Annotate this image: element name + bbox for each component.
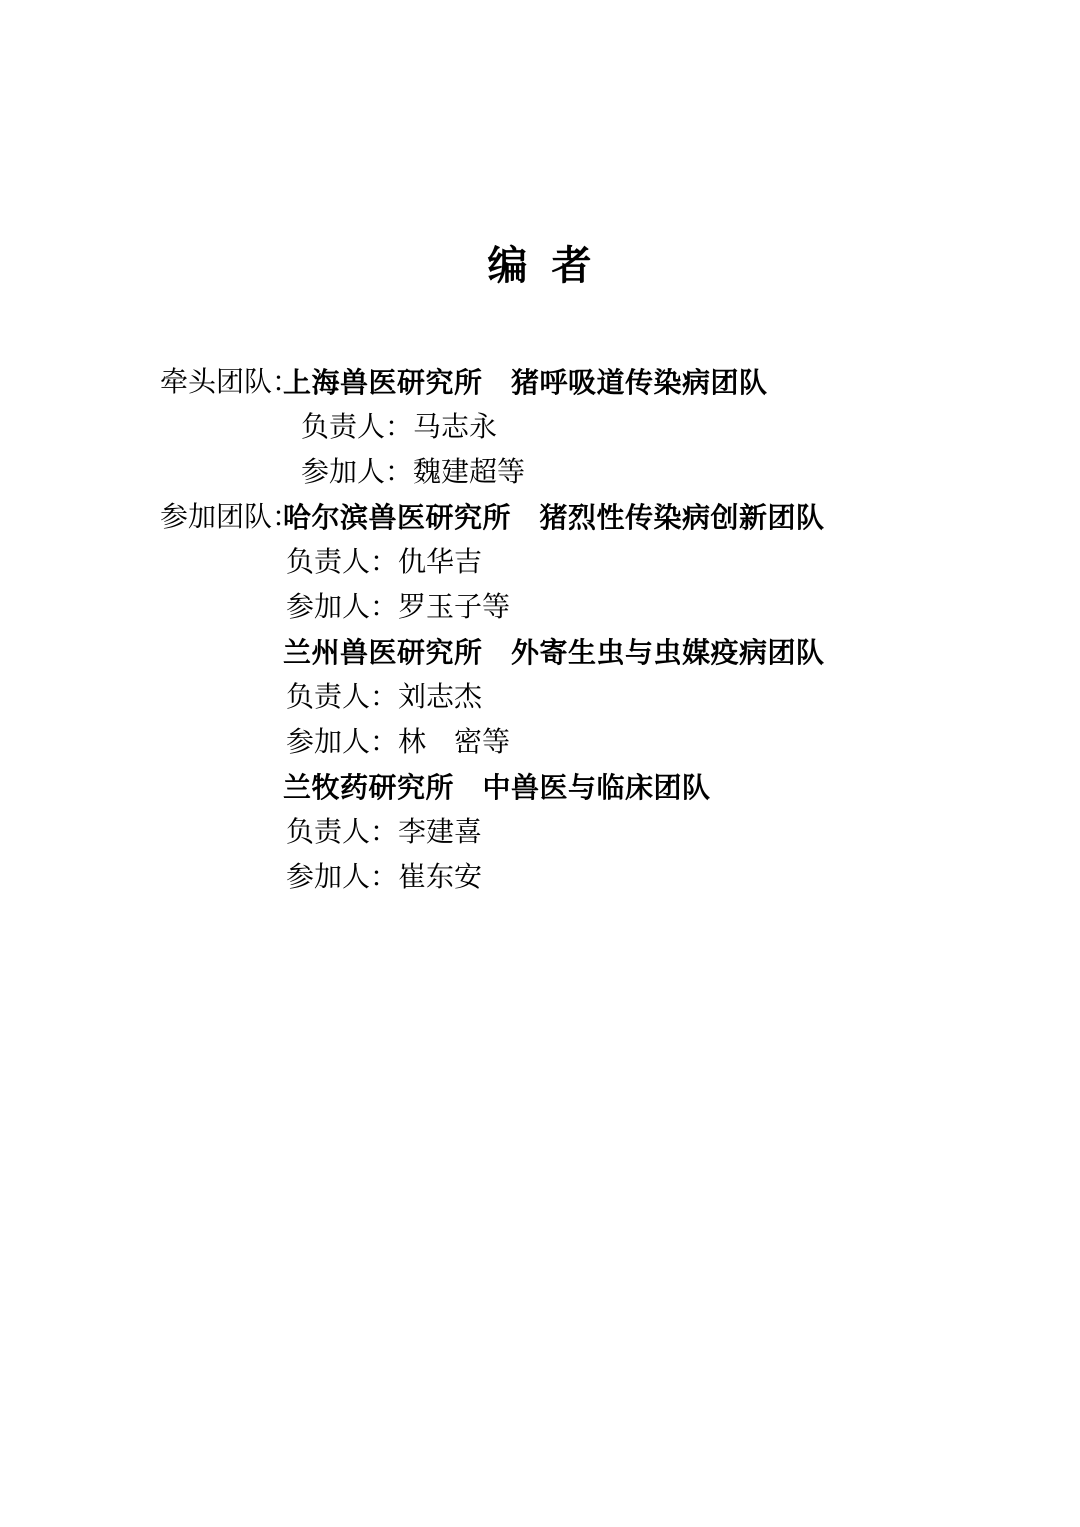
leader-label: 负责人：: [286, 548, 398, 577]
lead-team-name: 上海兽医研究所 猪呼吸道传染病团队: [283, 368, 768, 397]
team-leader-row: 负责人： 刘志杰: [160, 683, 940, 712]
members-label: 参加人：: [286, 728, 398, 757]
editors-list: 牵头团队： 上海兽医研究所 猪呼吸道传染病团队 负责人： 马志永 参加人： 魏建…: [160, 368, 940, 908]
leader-name: 刘志杰: [398, 683, 482, 712]
page-title: 编 者: [0, 246, 1080, 286]
team-leader-row: 负责人： 仇华吉: [160, 548, 940, 577]
team-name: 哈尔滨兽医研究所 猪烈性传染病创新团队: [283, 503, 825, 532]
members-names: 罗玉子等: [398, 593, 510, 622]
lead-team-row: 牵头团队： 上海兽医研究所 猪呼吸道传染病团队: [160, 368, 940, 397]
members-names: 崔东安: [398, 863, 482, 892]
team-leader-row: 负责人： 李建喜: [160, 818, 940, 847]
team-name: 兰州兽医研究所 外寄生虫与虫媒疫病团队: [283, 638, 825, 667]
leader-label: 负责人：: [301, 413, 413, 442]
participating-team-row: 参加团队： 哈尔滨兽医研究所 猪烈性传染病创新团队: [160, 503, 940, 532]
team-members-row: 参加人： 林 密等: [160, 728, 940, 757]
team-name: 兰牧药研究所 中兽医与临床团队: [283, 773, 711, 802]
participating-team-row: 兰州兽医研究所 外寄生虫与虫媒疫病团队: [160, 638, 940, 667]
participating-teams-label: 参加团队：: [160, 503, 283, 532]
lead-team-members-row: 参加人： 魏建超等: [160, 458, 940, 487]
members-names: 魏建超等: [413, 458, 525, 487]
participating-team-row: 兰牧药研究所 中兽医与临床团队: [160, 773, 940, 802]
members-label: 参加人：: [286, 593, 398, 622]
team-members-row: 参加人： 罗玉子等: [160, 593, 940, 622]
leader-label: 负责人：: [286, 818, 398, 847]
leader-name: 仇华吉: [398, 548, 482, 577]
leader-name: 马志永: [413, 413, 497, 442]
lead-team-leader-row: 负责人： 马志永: [160, 413, 940, 442]
leader-label: 负责人：: [286, 683, 398, 712]
members-label: 参加人：: [301, 458, 413, 487]
lead-team-label: 牵头团队：: [160, 368, 283, 397]
members-label: 参加人：: [286, 863, 398, 892]
team-members-row: 参加人： 崔东安: [160, 863, 940, 892]
leader-name: 李建喜: [398, 818, 482, 847]
members-names: 林 密等: [398, 728, 510, 757]
document-page: 编 者 牵头团队： 上海兽医研究所 猪呼吸道传染病团队 负责人： 马志永 参加人…: [0, 0, 1080, 1527]
